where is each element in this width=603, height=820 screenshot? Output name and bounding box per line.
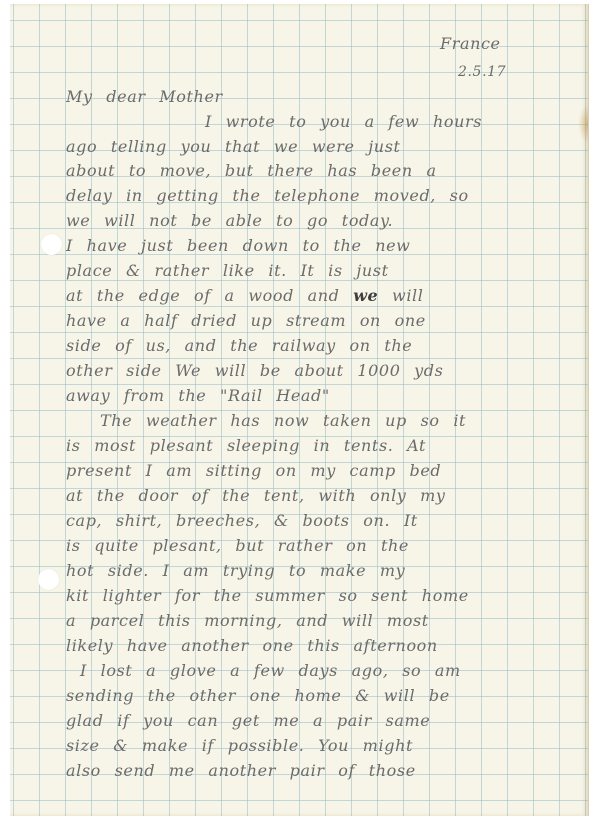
- letter-line: we will not be able to go today.: [66, 211, 393, 230]
- letter-date: 2.5.17: [458, 64, 506, 80]
- letter-line: place & rather like it. It is just: [66, 261, 389, 280]
- punch-hole: [38, 569, 59, 590]
- letter-line: is most plesant sleeping in tents. At: [66, 436, 426, 455]
- letter-line: likely have another one this afternoon: [66, 636, 438, 655]
- punch-hole: [41, 234, 62, 255]
- letter-line: a parcel this morning, and will most: [66, 611, 429, 630]
- letter-line-text: at the edge of a wood and: [66, 286, 340, 305]
- letter-line: glad if you can get me a pair same: [66, 711, 430, 730]
- letter-line: about to move, but there has been a: [66, 161, 437, 180]
- letter-line: hot side. I am trying to make my: [66, 561, 405, 580]
- letter-line: ago telling you that we were just: [66, 137, 401, 156]
- letter-line: I wrote to you a few hours: [205, 112, 482, 131]
- letter-line: side of us, and the railway on the: [66, 336, 412, 355]
- letter-line: is quite plesant, but rather on the: [66, 536, 409, 555]
- letter-line: cap, shirt, breeches, & boots on. It: [66, 511, 418, 530]
- letter-line: I have just been down to the new: [66, 236, 410, 255]
- letter-line: away from the "Rail Head": [66, 386, 330, 405]
- edge-stain: [578, 104, 588, 144]
- letter-line: present I am sitting on my camp bed: [66, 461, 441, 480]
- letter-salutation: My dear Mother: [66, 87, 223, 106]
- letter-line: size & make if possible. You might: [66, 736, 413, 755]
- letter-line-text: will: [392, 286, 423, 305]
- letter-line: at the edge of a wood and we will: [66, 286, 423, 305]
- letter-line: The weather has now taken up so it: [100, 411, 466, 430]
- letter-line: other side We will be about 1000 yds: [66, 361, 443, 380]
- letter-line: kit lighter for the summer so sent home: [66, 586, 469, 605]
- letter-line: I lost a glove a few days ago, so am: [80, 661, 461, 680]
- overwritten-word: we: [353, 286, 378, 305]
- letter-line: sending the other one home & will be: [66, 686, 450, 705]
- letter-line: have a half dried up stream on one: [66, 311, 426, 330]
- letter-place: France: [440, 34, 501, 53]
- letter-line: delay in getting the telephone moved, so: [66, 186, 469, 205]
- letter-line: at the door of the tent, with only my: [66, 486, 446, 505]
- letter-line: also send me another pair of those: [66, 761, 416, 780]
